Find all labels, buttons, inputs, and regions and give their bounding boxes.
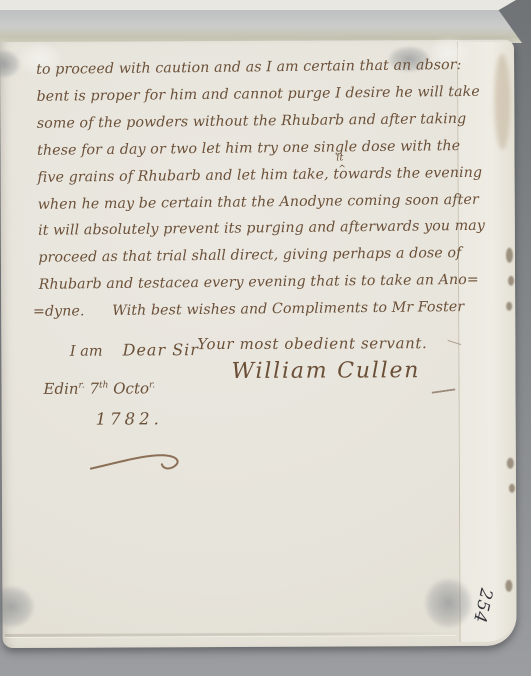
valediction: Your most obedient servant. — [197, 334, 427, 353]
day-superscript: th — [99, 381, 108, 391]
signature-pen-dash — [432, 388, 456, 393]
insertion-caret-mark: ^ — [338, 164, 346, 174]
year: 1782. — [96, 409, 163, 428]
month-abbrev: Octo — [108, 379, 149, 397]
dateline: Edinr. 7th Octor. — [43, 379, 155, 397]
wafer-mark-top-left — [0, 50, 20, 78]
salutation-dear-sir: Dear Sir — [123, 340, 199, 359]
foxing-spot — [507, 458, 514, 469]
scanned-letter-photo: to proceed with caution and as I am cert… — [0, 0, 531, 676]
interlinear-insertion: it — [336, 152, 343, 163]
foxing-spot — [506, 248, 513, 263]
day: 7 — [85, 380, 99, 398]
foxing-spot — [508, 276, 514, 286]
foxing-spot — [509, 484, 515, 493]
place-abbrev: Edin — [43, 380, 78, 398]
bottom-fold-crease — [5, 632, 457, 637]
pen-flourish — [88, 447, 192, 475]
foxing-spot — [506, 302, 512, 311]
salutation: I amDear Sir — [39, 321, 199, 379]
salutation-i-am: I am — [70, 344, 103, 360]
wafer-mark-bottom-right — [424, 578, 472, 628]
signature-william-cullen: William Cullen — [231, 358, 420, 384]
foxing-spot — [505, 580, 512, 592]
month-superscript: r. — [149, 380, 155, 390]
letter-page: to proceed with caution and as I am cert… — [0, 40, 517, 648]
letter-body: to proceed with caution and as I am cert… — [36, 52, 479, 326]
wafer-mark-bottom-left — [0, 586, 35, 628]
